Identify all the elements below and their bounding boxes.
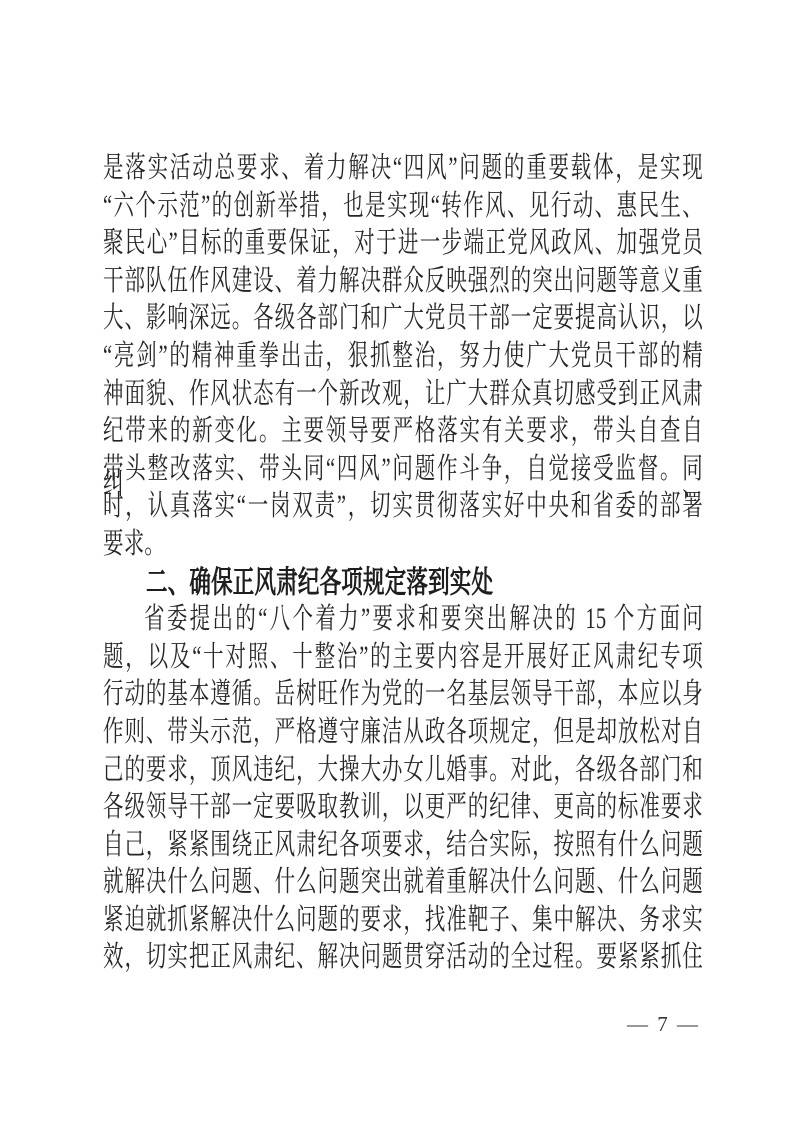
page-number: — 7 — (627, 1012, 700, 1036)
text-line: 效，切实把正风肃纪、解决问题贯穿活动的全过程。要紧紧抓住 (103, 933, 703, 986)
document-body: 是落实活动总要求、着力解决“四风”问题的重要载体，是实现 “六个示范”的创新举措… (103, 151, 703, 978)
document-page: 是落实活动总要求、着力解决“四风”问题的重要载体，是实现 “六个示范”的创新举措… (0, 0, 800, 1132)
